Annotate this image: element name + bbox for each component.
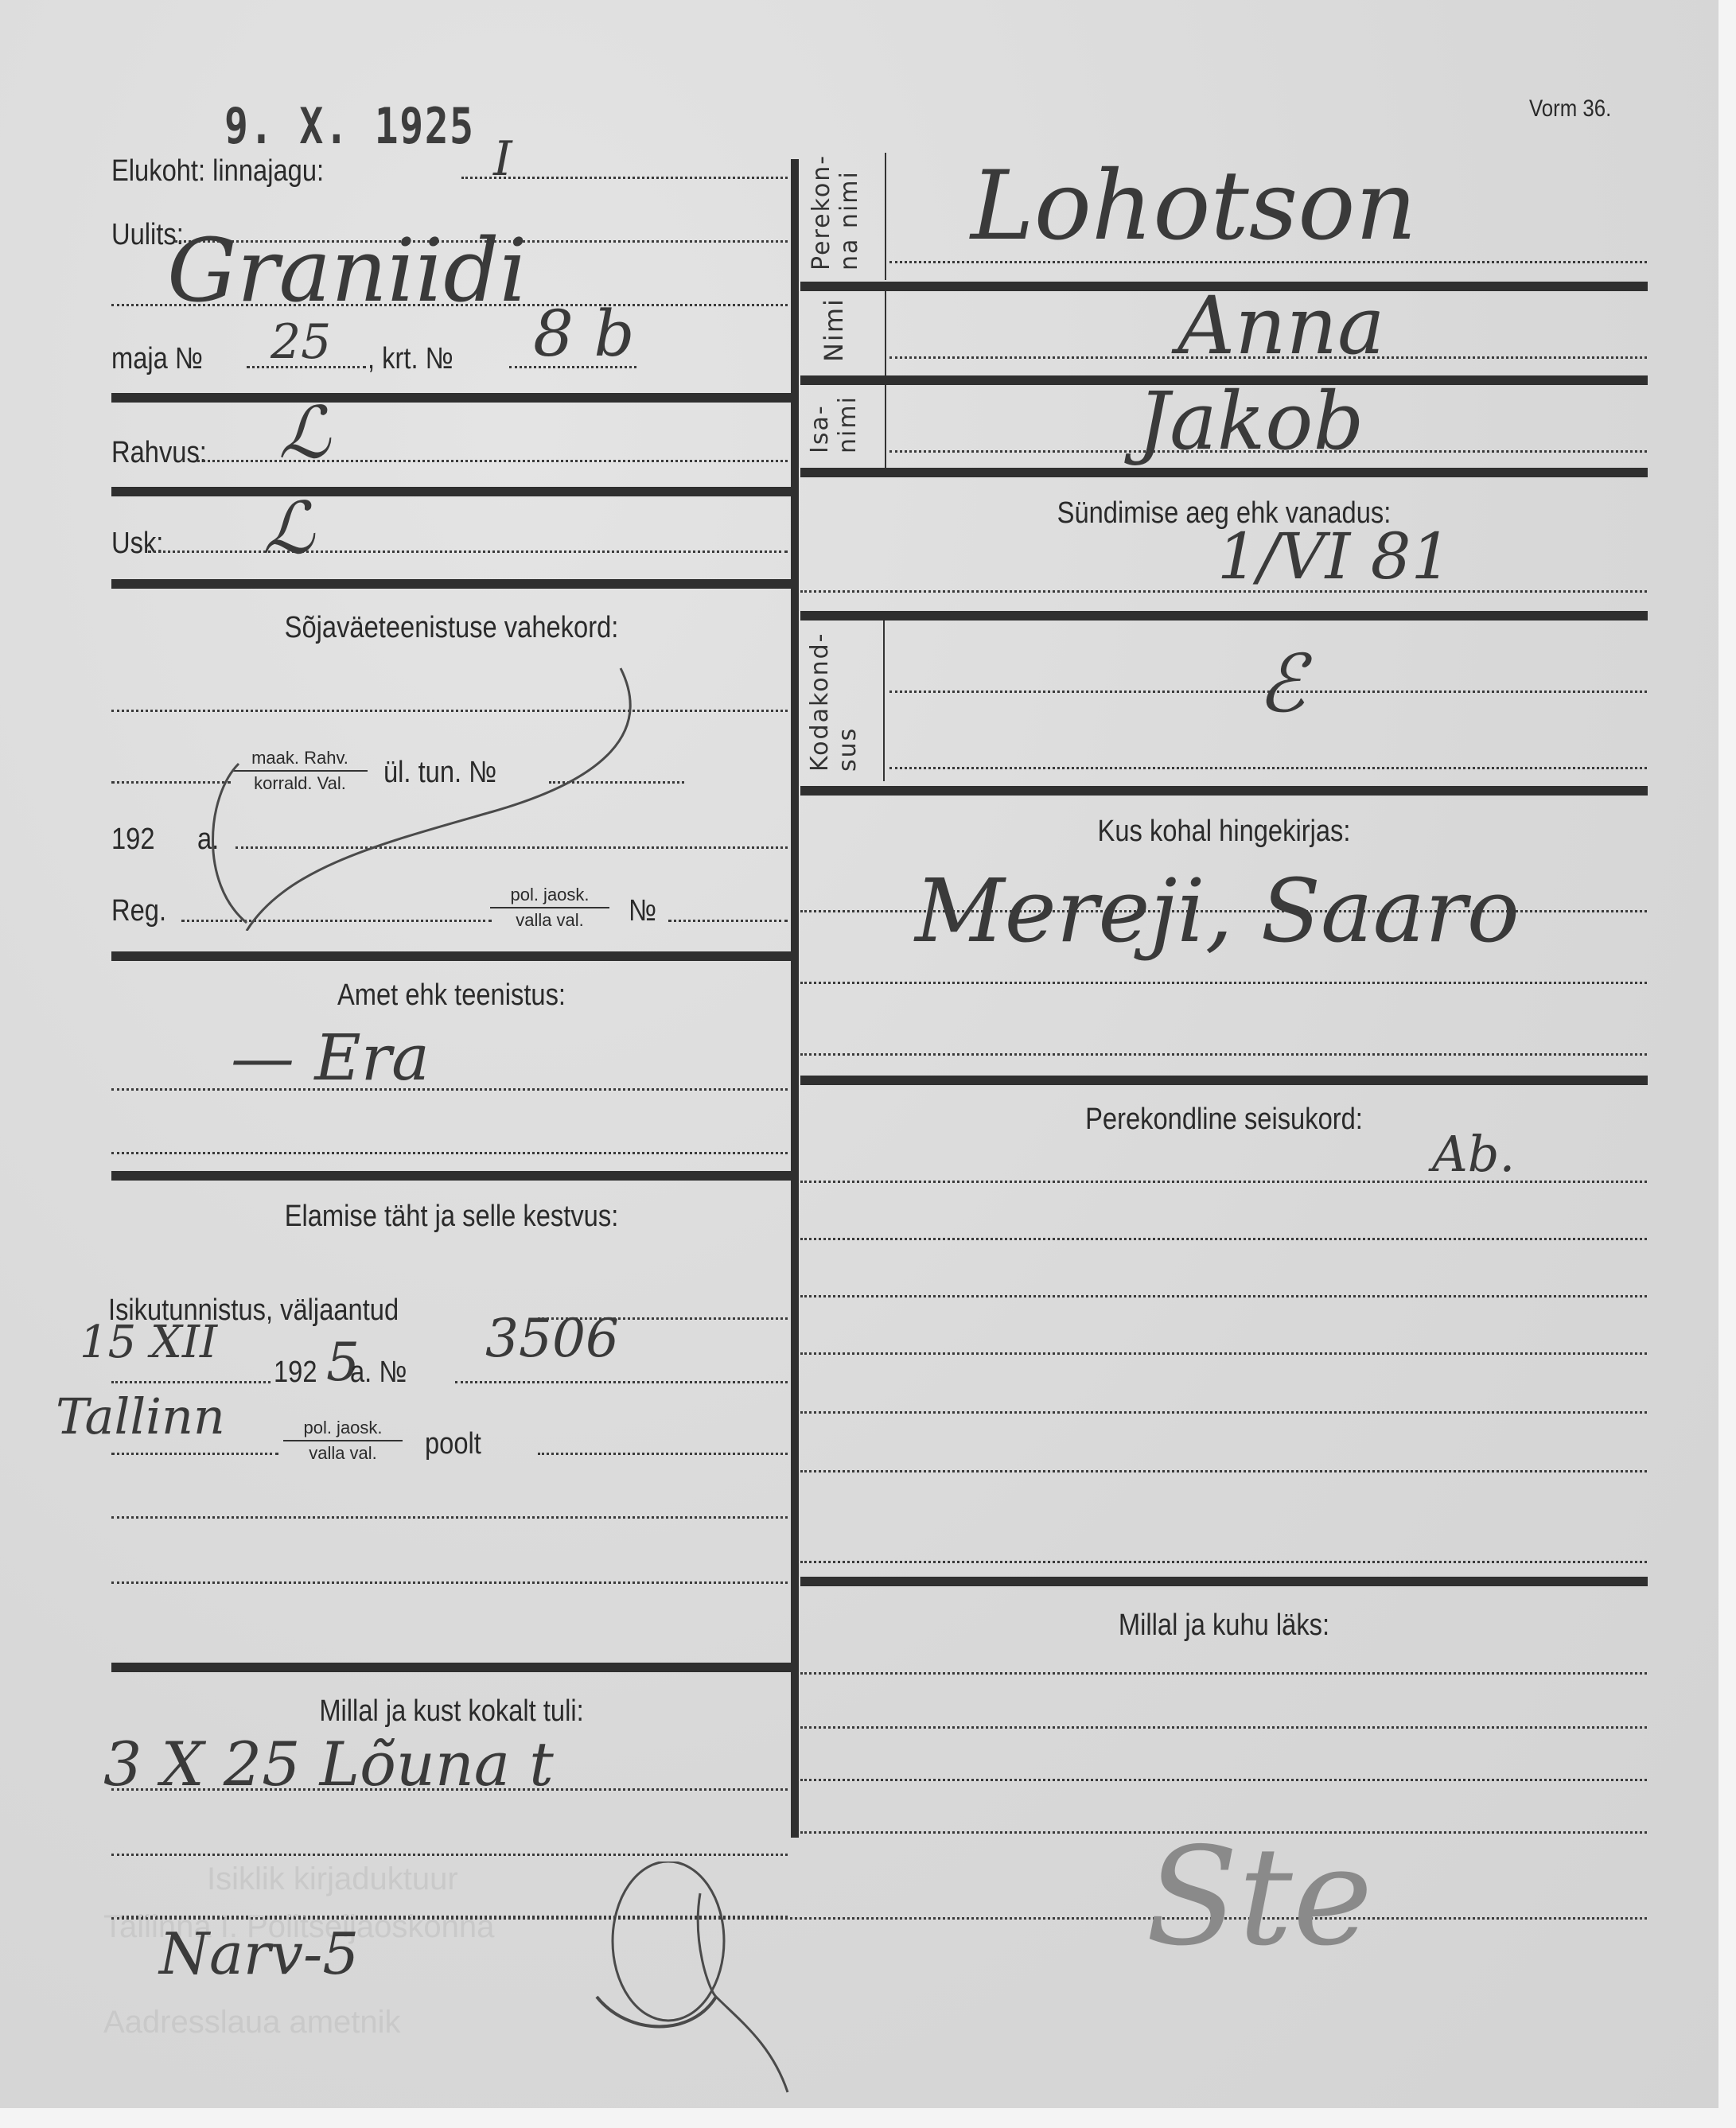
apartment-value: 8 b (533, 302, 635, 366)
arrival-line-1 (111, 1788, 788, 1791)
family-status-value: Ab. (1432, 1130, 1515, 1179)
citizenship-label: Kodakond- sus (807, 632, 862, 772)
date-stamp: 9. X. 1925 (224, 97, 475, 155)
citizenship-line-2 (889, 767, 1647, 769)
label-divider (885, 153, 886, 280)
arrival-value: 3 X 25 Lõuna t (103, 1734, 554, 1795)
fraction-top: pol. jaosk. (283, 1418, 403, 1441)
divider-bar (111, 393, 792, 403)
residence-label: Elukoht: linnajagu: (111, 156, 324, 186)
bottom-full-line (111, 1917, 1647, 1920)
fraction-bottom: valla val. (283, 1441, 403, 1464)
ink-signature (581, 1862, 851, 2100)
military-heading: Sõjaväeteenistuse vahekord: (159, 613, 744, 643)
name-label: Nimi (819, 298, 849, 362)
residence-value: I (493, 135, 512, 183)
parish-line-2 (800, 982, 1647, 984)
divider-bar (800, 468, 1648, 477)
id-no-value: 3506 (485, 1313, 619, 1365)
religion-label: Usk: (111, 528, 163, 558)
divider-bar (800, 1577, 1648, 1586)
residence-permit-heading: Elamise täht ja selle kestvus: (159, 1201, 744, 1231)
id-poolt: poolt (425, 1429, 481, 1459)
birth-line (800, 590, 1647, 593)
label-divider (883, 621, 885, 781)
street-value: Graniidi (167, 227, 527, 314)
divider-bar (800, 786, 1648, 796)
faint-print-3: Aadresslaua ametnik (103, 2005, 401, 2040)
departure-line-2 (800, 1726, 1647, 1729)
family-line-1 (800, 1181, 1647, 1183)
military-reg-line-2 (668, 920, 788, 922)
surname-value: Lohotson (971, 159, 1417, 255)
family-line-2 (800, 1238, 1647, 1240)
family-line-5 (800, 1411, 1647, 1414)
house-value: 25 (271, 318, 331, 366)
religion-value: ℒ (263, 493, 314, 565)
family-line-4 (800, 1352, 1647, 1355)
citizenship-value: ℰ (1257, 644, 1306, 724)
id-line-3b (538, 1453, 788, 1455)
family-line-3 (800, 1295, 1647, 1297)
strike-through-mark (191, 660, 636, 931)
id-fraction: pol. jaosk. valla val. (283, 1418, 403, 1464)
divider-bar (111, 579, 792, 589)
id-issuer-value: Tallinn (56, 1392, 225, 1441)
divider-bar (800, 611, 1648, 621)
surname-label: Perekon- na nimi (808, 154, 863, 270)
military-reg-label: Reg. (111, 896, 166, 926)
pencil-signature: Ste (1146, 1830, 1372, 1965)
name-value: Anna (1177, 286, 1385, 366)
departure-heading: Millal ja kuhu läks: (860, 1610, 1589, 1640)
divider-bar (800, 1076, 1648, 1085)
departure-line-3 (800, 1779, 1647, 1781)
religion-line (148, 550, 788, 553)
divider-bar (111, 487, 792, 496)
family-line-6 (800, 1470, 1647, 1472)
divider-bar (111, 951, 792, 961)
id-line-3a (111, 1453, 278, 1455)
id-line-2a (111, 1381, 271, 1383)
parish-value: Mereji, Saaro (915, 867, 1520, 955)
patronymic-label: Isa- nimi (807, 395, 862, 453)
departure-line-1 (800, 1672, 1647, 1675)
id-date-value: 15 XII (80, 1321, 217, 1365)
label-divider (885, 291, 886, 375)
divider-bar (111, 1663, 792, 1672)
id-line-2b (455, 1381, 788, 1383)
id-year-label: 192 (274, 1357, 317, 1387)
military-year-label: 192 (111, 824, 155, 854)
arrival-heading: Millal ja kust kokalt tuli: (159, 1696, 744, 1726)
column-divider (791, 159, 799, 1838)
id-no-label: a. № (350, 1357, 407, 1387)
apartment-label: , krt. № (368, 344, 453, 374)
occupation-line-2 (111, 1152, 788, 1154)
id-line-4 (111, 1516, 788, 1519)
divider-bar (111, 1171, 792, 1181)
label-divider (885, 385, 886, 468)
family-line-7 (800, 1561, 1647, 1563)
occupation-line-1 (111, 1088, 788, 1091)
house-label: maja № (111, 344, 203, 374)
faint-print-1: Isiklik kirjaduktuur (207, 1862, 458, 1897)
parish-line-3 (800, 1053, 1647, 1056)
form-number: Vorm 36. (1529, 97, 1611, 121)
nationality-label: Rahvus: (111, 438, 207, 468)
id-line-5 (111, 1581, 788, 1584)
bottom-note: Narv-5 (159, 1925, 359, 1982)
birth-value: 1/VI 81 (1217, 525, 1451, 589)
nationality-value: ℒ (278, 398, 330, 469)
parish-heading: Kus kohal hingekirjas: (860, 816, 1589, 846)
occupation-value: — Era (231, 1026, 430, 1090)
patronymic-value: Jakob (1138, 382, 1364, 461)
arrival-line-2 (111, 1854, 788, 1856)
document-paper: 9. X. 1925 Vorm 36. Elukoht: linnajagu: … (0, 0, 1718, 2108)
occupation-heading: Amet ehk teenistus: (159, 980, 744, 1010)
